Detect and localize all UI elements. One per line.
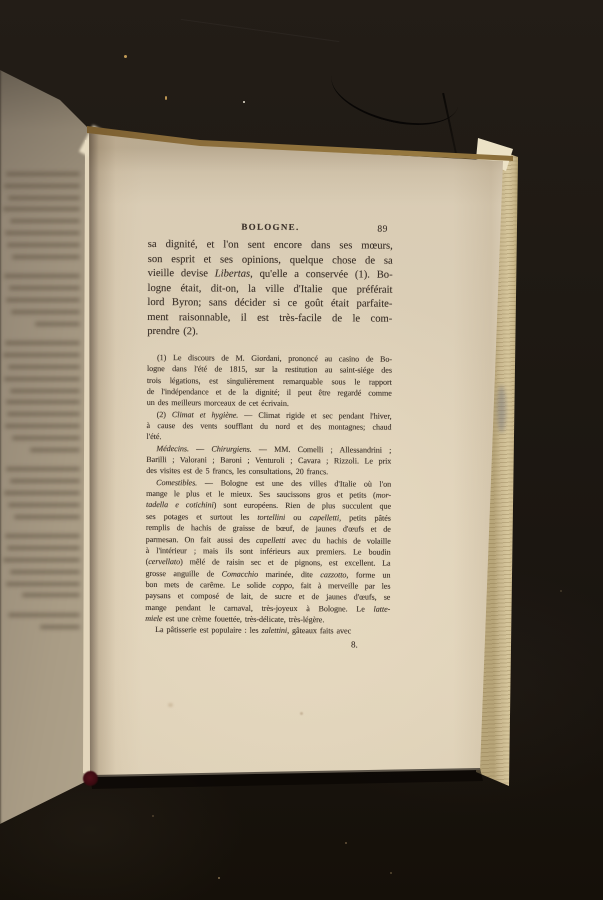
page-text-block: BOLOGNE. 89 sa dignité, et l'on sent enc… — [143, 0, 394, 900]
blurred-text-line — [10, 570, 80, 574]
blurred-text-line — [10, 219, 80, 223]
blurred-text-line — [30, 448, 80, 452]
page-number: 89 — [377, 225, 388, 235]
signature-mark: 8. — [351, 639, 358, 649]
blurred-text-line — [3, 353, 80, 357]
blurred-text-line — [9, 286, 80, 290]
blurred-text-line — [5, 424, 80, 428]
text-line: prendre (2). — [147, 325, 392, 341]
blurred-text-line — [12, 436, 80, 440]
blurred-text-line — [4, 184, 80, 188]
blurred-text-line — [6, 582, 80, 586]
blurred-text-line — [5, 341, 80, 345]
blurred-text-line — [10, 479, 80, 483]
blurred-text-line — [4, 491, 80, 495]
blurred-text-line — [22, 593, 80, 597]
running-title: BOLOGNE. — [148, 221, 393, 233]
binding-red-spot — [83, 771, 98, 786]
main-paragraph: sa dignité, et l'on sent encore dans ses… — [147, 238, 393, 341]
blurred-text-line — [7, 412, 80, 416]
blurred-text-line — [7, 546, 80, 550]
blurred-text-line — [6, 467, 80, 471]
facing-page-blurred-text — [2, 172, 80, 637]
fore-edge-smudge — [497, 385, 506, 433]
blurred-text-line — [4, 274, 80, 278]
text-line: à cause des vents soufflant du nord et d… — [147, 420, 392, 433]
blurred-text-line — [14, 515, 80, 519]
blurred-text-line — [35, 322, 80, 326]
footnotes: (1) Le discours de M. Giordani, prononcé… — [145, 352, 392, 637]
blurred-text-line — [7, 243, 80, 247]
blurred-text-line — [6, 400, 80, 404]
blurred-text-line — [4, 377, 80, 381]
blurred-text-line — [6, 298, 80, 302]
blurred-text-line — [8, 503, 80, 507]
blurred-text-line — [3, 207, 80, 211]
blurred-text-line — [8, 613, 80, 617]
blurred-text-line — [6, 172, 80, 176]
blurred-text-line — [11, 310, 80, 314]
blurred-text-line — [12, 255, 80, 259]
photo-of-open-book: BOLOGNE. 89 sa dignité, et l'on sent enc… — [0, 0, 603, 900]
blurred-text-line — [8, 196, 80, 200]
blurred-text-line — [3, 558, 80, 562]
dust-speck — [124, 55, 127, 58]
text-line: sa dignité, et l'on sent encore dans ses… — [148, 238, 393, 254]
blurred-text-line — [8, 365, 80, 369]
blurred-text-line — [5, 231, 80, 235]
blurred-text-line — [40, 625, 80, 629]
blurred-text-line — [5, 534, 80, 538]
blurred-text-line — [10, 389, 80, 393]
text-line: lord Byron; sans décider si ce goût étai… — [147, 296, 392, 312]
text-line: La pâtisserie est populaire : les zalett… — [145, 624, 390, 637]
text-line: vieille devise Libertas, qu'elle a conse… — [148, 267, 393, 283]
